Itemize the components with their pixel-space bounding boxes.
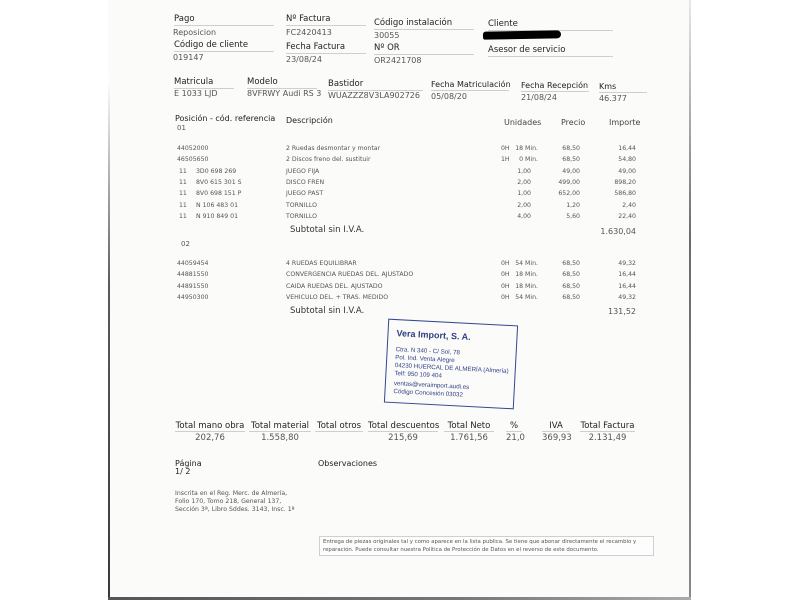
total-value: 215,69 — [368, 433, 438, 443]
row-units: 2,00 — [505, 202, 531, 209]
row-hours: 0H — [501, 294, 510, 301]
section-id: 01 — [177, 124, 186, 132]
kms-label: Kms — [599, 82, 647, 93]
fecha-matriculacion-value: 05/08/20 — [431, 92, 467, 101]
row-amount: 22,40 — [600, 213, 636, 220]
row-reference: N 106 483 01 — [196, 202, 238, 209]
total-label: Total otros — [315, 421, 363, 432]
total-label: Total material — [249, 421, 311, 432]
total-label: Total descuentos — [368, 421, 438, 432]
total-value: 2.131,49 — [580, 433, 635, 443]
total-value: 1.558,80 — [249, 433, 311, 443]
paper-edge-left — [108, 78, 110, 598]
row-price: 68,50 — [548, 156, 580, 163]
row-hours: 0H — [501, 260, 510, 267]
total-label: IVA — [542, 421, 570, 432]
pago-label: Pago — [174, 14, 274, 26]
registro-line: Folio 170, Tomo 218, General 137, — [175, 498, 281, 505]
total-value: 21,0 — [506, 433, 522, 443]
registro-line: Inscrita en el Reg. Merc. de Almería, — [175, 490, 287, 497]
row-position: 11 — [179, 190, 187, 197]
pago-value: Reposicion — [173, 28, 216, 37]
row-position: 11 — [179, 213, 187, 220]
row-reference: 44950300 — [177, 294, 209, 301]
observaciones-label: Observaciones — [318, 459, 377, 468]
col-posicion-header: Posición - cód. referencia — [175, 114, 275, 123]
legal-note: Entrega de piezas originales tal y como … — [319, 536, 654, 556]
row-units: 1,00 — [505, 168, 531, 175]
row-position: 11 — [179, 179, 187, 186]
row-description: JUEGO FIJA — [286, 168, 319, 175]
row-reference: N 910 849 01 — [196, 213, 238, 220]
row-description: 2 Discos freno del. sustituir — [286, 156, 371, 163]
fecha-factura-value: 23/08/24 — [286, 55, 322, 64]
row-units: 1,00 — [505, 190, 531, 197]
fecha-factura-label: Fecha Factura — [286, 42, 366, 54]
subtotal-label: Subtotal sin I.V.A. — [290, 225, 364, 235]
row-reference: 44891550 — [177, 283, 209, 290]
row-minutes: 18 Min. — [512, 271, 538, 278]
row-reference: 44052000 — [177, 145, 209, 152]
row-price: 68,50 — [548, 283, 580, 290]
modelo-value: 8VFRWY Audi RS 3 — [247, 89, 321, 98]
row-amount: 2,40 — [600, 202, 636, 209]
col-unidades-header: Unidades — [504, 118, 541, 127]
matricula-value: E 1033 LJD — [174, 89, 217, 98]
row-description: CAIDA RUEDAS DEL. AJUSTADO — [286, 283, 383, 290]
stamp-line: Telf: 950 109 404 — [394, 370, 442, 379]
row-hours: 0H — [501, 271, 510, 278]
matricula-label: Matricula — [174, 77, 234, 89]
row-price: 68,50 — [548, 145, 580, 152]
row-description: DISCO FREN — [286, 179, 324, 186]
cliente-label: Cliente — [488, 19, 613, 31]
registro-line: Sección 3ª, Libro Sddes. 3143, Insc. 1ª — [175, 506, 295, 513]
row-description: 4 RUEDAS EQUILIBRAR — [286, 260, 357, 267]
row-amount: 49,32 — [600, 294, 636, 301]
row-description: TORNILLO — [286, 202, 317, 209]
row-position: 11 — [179, 168, 187, 175]
kms-value: 46.377 — [599, 94, 627, 103]
row-price: 49,00 — [548, 168, 580, 175]
col-importe-header: Importe — [609, 118, 640, 127]
row-price: 1,20 — [548, 202, 580, 209]
row-minutes: 18 Min. — [512, 145, 538, 152]
row-price: 68,50 — [548, 260, 580, 267]
modelo-label: Modelo — [247, 77, 317, 89]
total-label: Total mano obra — [175, 421, 245, 432]
subtotal-label: Subtotal sin I.V.A. — [290, 306, 364, 316]
total-label: Total Factura — [580, 421, 635, 432]
fecha-matriculacion-label: Fecha Matriculación — [431, 80, 509, 91]
codigo-cliente-value: 019147 — [173, 53, 204, 62]
total-value: 369,93 — [542, 433, 570, 443]
row-description: TORNILLO — [286, 213, 317, 220]
codigo-instalacion-value: 30055 — [374, 31, 399, 40]
row-reference: 44059454 — [177, 260, 209, 267]
stamp-company: Vera Import, S. A. — [396, 328, 471, 342]
row-hours: 0H — [501, 145, 510, 152]
row-units: 2,00 — [505, 179, 531, 186]
paper-edge-right — [689, 0, 691, 598]
row-amount: 16,44 — [600, 271, 636, 278]
row-hours: 1H — [501, 156, 510, 163]
row-position: 11 — [179, 202, 187, 209]
row-amount: 16,44 — [600, 283, 636, 290]
bastidor-value: WUAZZZ8V3LA902726 — [328, 91, 420, 100]
row-minutes: 54 Min. — [512, 260, 538, 267]
total-value: 202,76 — [175, 433, 245, 443]
row-price: 499,00 — [548, 179, 580, 186]
row-hours: 0H — [501, 283, 510, 290]
cliente-redacted — [483, 30, 561, 39]
row-price: 68,50 — [548, 271, 580, 278]
n-or-label: Nº OR — [374, 43, 474, 55]
row-amount: 54,80 — [600, 156, 636, 163]
bastidor-label: Bastidor — [328, 79, 423, 91]
row-reference: 8V0 698 151 P — [196, 190, 241, 197]
pagina-value: 1/ 2 — [175, 467, 190, 476]
row-reference: 46505650 — [177, 156, 209, 163]
row-units: 4,00 — [505, 213, 531, 220]
fecha-recepcion-value: 21/08/24 — [521, 93, 557, 102]
n-factura-value: FC2420413 — [286, 28, 332, 37]
section-id: 02 — [181, 240, 190, 248]
row-reference: 8V0 615 301 S — [196, 179, 242, 186]
n-factura-label: Nº Factura — [286, 14, 366, 26]
codigo-cliente-label: Código de cliente — [174, 40, 274, 52]
row-amount: 16,44 — [600, 145, 636, 152]
row-reference: 44881550 — [177, 271, 209, 278]
codigo-instalacion-label: Código instalación — [374, 18, 474, 30]
row-price: 5,60 — [548, 213, 580, 220]
row-reference: 3D0 698 269 — [196, 168, 236, 175]
total-label: % — [506, 421, 522, 432]
col-precio-header: Precio — [561, 118, 585, 127]
col-descripcion-header: Descripción — [286, 116, 333, 125]
n-or-value: OR2421708 — [374, 56, 421, 65]
row-description: VEHICULO DEL. + TRAS. MEDIDO — [286, 294, 388, 301]
row-minutes: 54 Min. — [512, 294, 538, 301]
row-amount: 49,00 — [600, 168, 636, 175]
asesor-label: Asesor de servicio — [488, 45, 613, 57]
row-amount: 49,32 — [600, 260, 636, 267]
row-description: JUEGO PAST — [286, 190, 323, 197]
total-value: 1.761,56 — [444, 433, 494, 443]
subtotal-value: 131,52 — [580, 307, 636, 316]
subtotal-value: 1.630,04 — [580, 227, 636, 236]
row-minutes: 18 Min. — [512, 283, 538, 290]
row-amount: 898,20 — [600, 179, 636, 186]
row-price: 68,50 — [548, 294, 580, 301]
row-minutes: 0 Min. — [512, 156, 538, 163]
row-amount: 586,80 — [600, 190, 636, 197]
row-description: CONVERGENCIA RUEDAS DEL. AJUSTADO — [286, 271, 413, 278]
row-price: 652,00 — [548, 190, 580, 197]
total-label: Total Neto — [444, 421, 494, 432]
company-stamp: Vera Import, S. A. Ctra. N 340 - C/ Sol,… — [384, 319, 518, 410]
fecha-recepcion-label: Fecha Recepción — [521, 81, 589, 92]
row-description: 2 Ruedas desmontar y montar — [286, 145, 380, 152]
